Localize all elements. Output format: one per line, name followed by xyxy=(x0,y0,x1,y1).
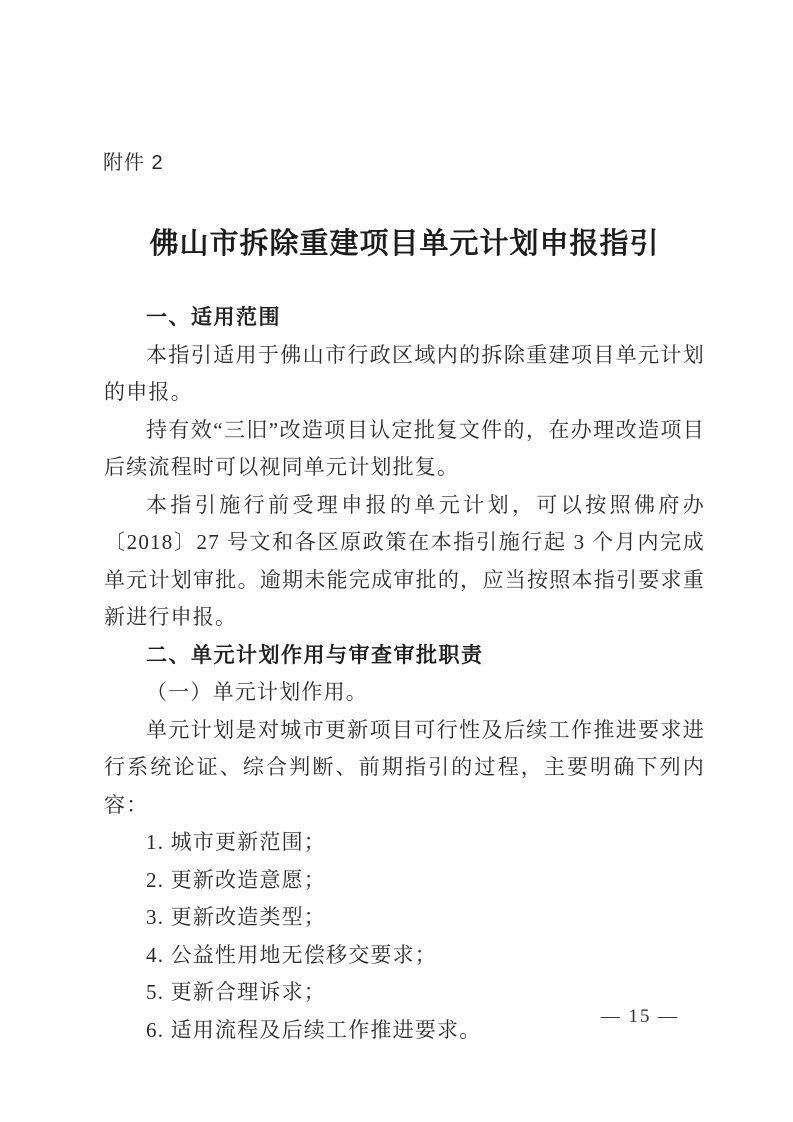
section-heading: 二、单元计划作用与审查审批职责 xyxy=(104,637,705,675)
paragraph: 本指引施行前受理申报的单元计划，可以按照佛府办〔2018〕27 号文和各区原政策… xyxy=(104,487,705,637)
attachment-label: 附件 2 xyxy=(103,146,164,175)
document-title: 佛山市拆除重建项目单元计划申报指引 xyxy=(104,221,705,262)
list-item: 1. 城市更新范围； xyxy=(104,824,705,862)
section-heading: 一、适用范围 xyxy=(104,299,705,337)
sub-heading: （一）单元计划作用。 xyxy=(104,674,705,712)
list-item: 4. 公益性用地无偿移交要求； xyxy=(104,937,705,975)
document-body: 一、适用范围本指引适用于佛山市行政区域内的拆除重建项目单元计划的申报。持有效“三… xyxy=(104,299,705,1049)
document-page: 附件 2 佛山市拆除重建项目单元计划申报指引 一、适用范围本指引适用于佛山市行政… xyxy=(0,0,793,1122)
paragraph: 持有效“三旧”改造项目认定批复文件的，在办理改造项目后续流程时可以视同单元计划批… xyxy=(104,412,705,487)
paragraph: 单元计划是对城市更新项目可行性及后续工作推进要求进行系统论证、综合判断、前期指引… xyxy=(104,712,705,825)
list-item: 3. 更新改造类型； xyxy=(104,899,705,937)
paragraph: 本指引适用于佛山市行政区域内的拆除重建项目单元计划的申报。 xyxy=(104,337,705,412)
list-item: 2. 更新改造意愿； xyxy=(104,862,705,900)
page-number: — 15 — xyxy=(560,1006,720,1028)
